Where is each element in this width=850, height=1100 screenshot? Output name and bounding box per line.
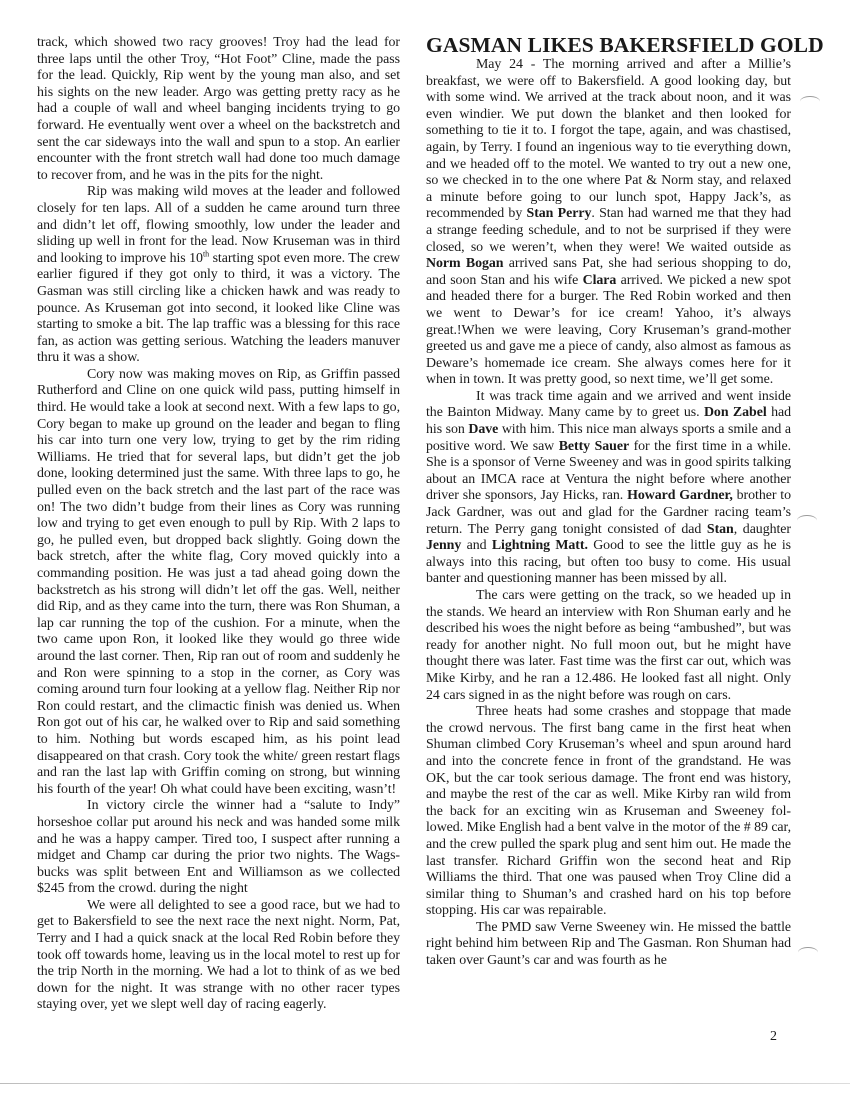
person-name: Lightning Matt. (492, 538, 588, 553)
paragraph: track, which showed two racy grooves! Tr… (37, 35, 400, 184)
person-name: Clara (583, 273, 617, 288)
scan-edge-divider (0, 1083, 850, 1084)
person-name: Howard Gardner, (627, 488, 733, 503)
right-column: GASMAN LIKES BAKERSFIELD GOLD May 24 - T… (426, 33, 791, 970)
hole-punch-mark (800, 96, 820, 107)
paragraph: In victory circle the winner had a “salu… (37, 798, 400, 898)
newsletter-page: track, which showed two racy grooves! Tr… (0, 0, 850, 1100)
person-name: Stan Perry (527, 206, 592, 221)
paragraph: Cory now was making moves on Rip, as Gri… (37, 367, 400, 798)
person-name: Jenny (426, 538, 461, 553)
person-name: Norm Bogan (426, 256, 503, 271)
person-name: Betty Sauer (559, 439, 629, 454)
page-number: 2 (770, 1029, 777, 1045)
article-headline: GASMAN LIKES BAKERSFIELD GOLD (426, 33, 791, 57)
person-name: Don Zabel (704, 405, 767, 420)
hole-punch-mark (798, 947, 818, 958)
left-column: track, which showed two racy grooves! Tr… (37, 35, 400, 1014)
paragraph: The cars were getting on the track, so w… (426, 588, 791, 704)
hole-punch-mark (797, 515, 817, 526)
paragraph: Rip was making wild moves at the leader … (37, 184, 400, 367)
person-name: Dave (468, 422, 498, 437)
paragraph: Three heats had some crashes and stoppag… (426, 704, 791, 920)
paragraph: We were all delighted to see a good race… (37, 898, 400, 1014)
paragraph: It was track time again and we arrived a… (426, 389, 791, 588)
paragraph: The PMD saw Verne Sweeney win. He missed… (426, 920, 791, 970)
person-name: Stan (707, 522, 734, 537)
paragraph: May 24 - The morning arrived and after a… (426, 57, 791, 389)
